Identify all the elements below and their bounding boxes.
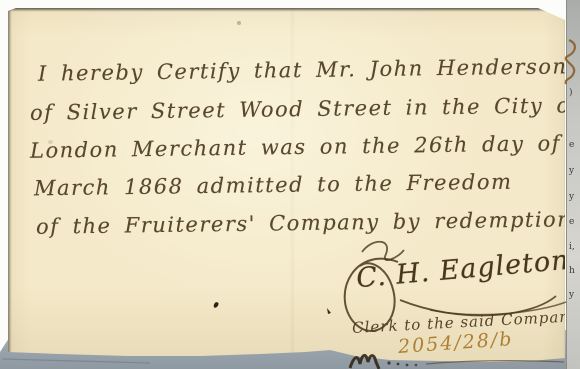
clerk-signature: C. H. Eagleton	[355, 245, 571, 295]
foxing-spot	[48, 140, 53, 144]
ink-blot	[213, 301, 219, 308]
adjacent-page-edge: ) e y y e i, h y	[566, 0, 580, 369]
handwritten-line-5: of the Fruiterers' Company by redemption	[36, 207, 573, 238]
scanned-certificate-photo: ) e y y e i, h y I hereby Certify that M…	[0, 0, 580, 369]
handwritten-line-3: London Merchant was on the 26th day of	[30, 131, 561, 162]
handwritten-line-4: March 1868 admitted to the Freedom	[34, 170, 513, 201]
handwritten-line-2: of Silver Street Wood Street in the City…	[30, 93, 580, 125]
edge-text-fragment: y	[569, 290, 574, 300]
edge-text-fragment: i,	[569, 242, 575, 252]
edge-text-fragment: y	[569, 166, 574, 176]
edge-text-fragment: e	[569, 217, 574, 227]
foxing-spot	[488, 68, 492, 71]
edge-text-fragment: )	[569, 88, 573, 98]
edge-text-fragment: e	[569, 140, 574, 150]
foxing-spot	[237, 21, 241, 25]
edge-text-fragment: h	[569, 266, 575, 276]
certificate-paper: I hereby Certify that Mr. John Henderson…	[8, 8, 565, 364]
edge-text-fragment: y	[569, 192, 574, 202]
